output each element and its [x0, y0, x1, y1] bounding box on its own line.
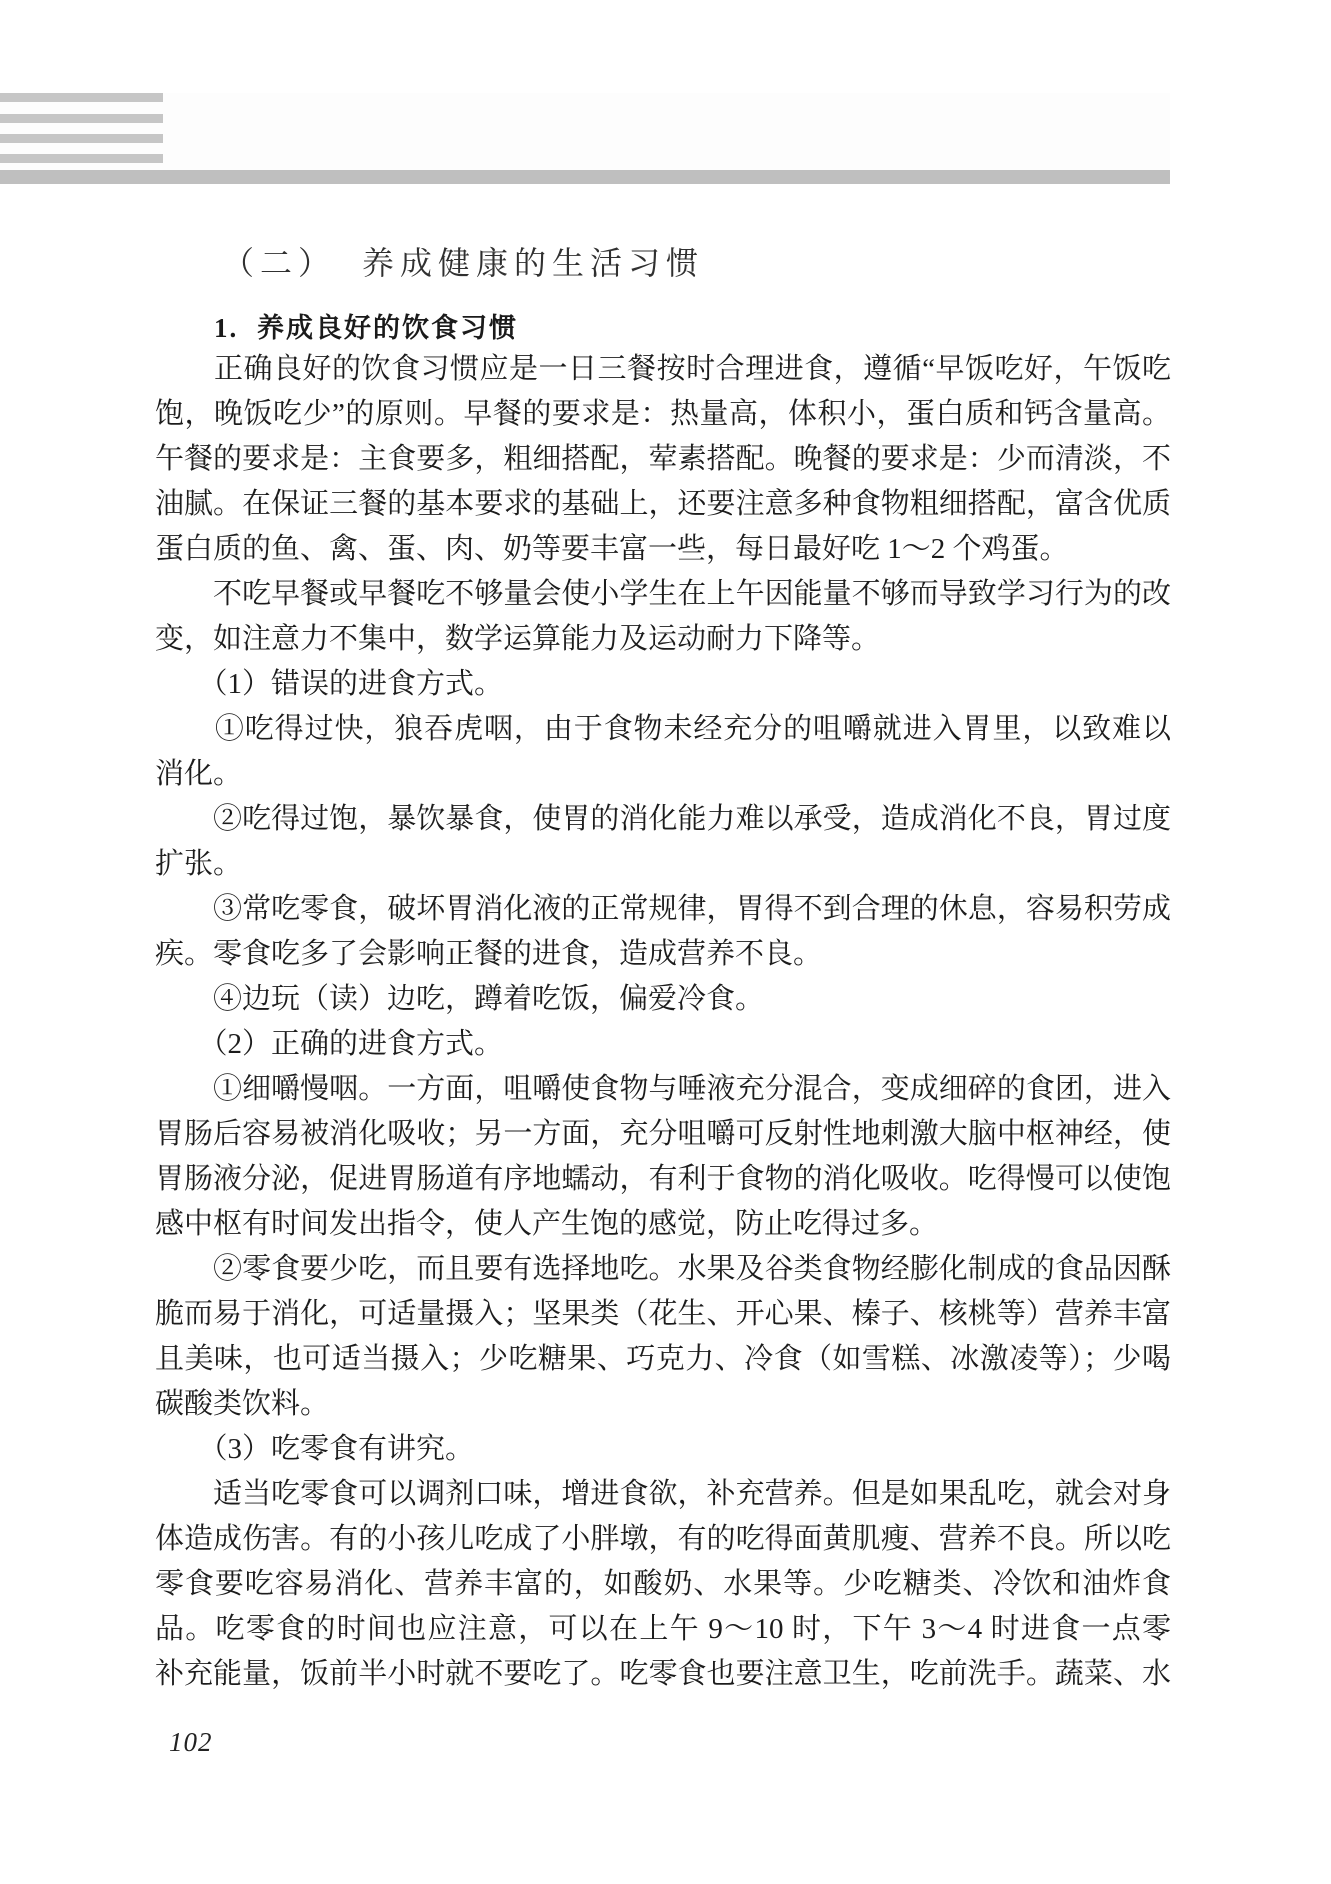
text-line: ④边玩（读）边吃，蹲着吃饭，偏爱冷食。: [155, 977, 1171, 1022]
subsection-heading: 1. 养成良好的饮食习惯: [214, 306, 518, 345]
text-line: 油腻。在保证三餐的基本要求的基础上，还要注意多种食物粗细搭配，富含优质: [155, 482, 1171, 527]
header-short-bar: [0, 114, 163, 123]
text-line: 适当吃零食可以调剂口味，增进食欲，补充营养。但是如果乱吃，就会对身: [155, 1472, 1171, 1517]
text-line: 消化。: [155, 752, 1171, 797]
text-line: 饱，晚饭吃少”的原则。早餐的要求是：热量高，体积小，蛋白质和钙含量高。: [155, 392, 1171, 437]
text-line: 且美味，也可适当摄入；少吃糖果、巧克力、冷食（如雪糕、冰激凌等）；少喝: [155, 1337, 1171, 1382]
text-line: 午餐的要求是：主食要多，粗细搭配，荤素搭配。晚餐的要求是：少而清淡，不: [155, 437, 1171, 482]
text-line: 脆而易于消化，可适量摄入；坚果类（花生、开心果、榛子、核桃等）营养丰富: [155, 1292, 1171, 1337]
text-line: 补充能量，饭前半小时就不要吃了。吃零食也要注意卫生，吃前洗手。蔬菜、水: [155, 1652, 1171, 1697]
book-page: （二） 养成健康的生活习惯 1. 养成良好的饮食习惯 正确良好的饮食习惯应是一日…: [0, 0, 1331, 1884]
text-line: ①细嚼慢咽。一方面，咀嚼使食物与唾液充分混合，变成细碎的食团，进入: [155, 1067, 1171, 1112]
text-line: ②零食要少吃，而且要有选择地吃。水果及谷类食物经膨化制成的食品因酥: [155, 1247, 1171, 1292]
section-heading: （二） 养成健康的生活习惯: [222, 238, 704, 284]
body-text: 正确良好的饮食习惯应是一日三餐按时合理进食，遵循“早饭吃好，午饭吃饱，晚饭吃少”…: [155, 347, 1171, 1697]
text-line: 体造成伤害。有的小孩儿吃成了小胖墩，有的吃得面黄肌瘦、营养不良。所以吃: [155, 1517, 1171, 1562]
text-line: 品。吃零食的时间也应注意，可以在上午 9～10 时，下午 3～4 时进食一点零食…: [155, 1607, 1171, 1652]
text-line: （1）错误的进食方式。: [155, 662, 1171, 707]
page-number: 102: [169, 1727, 213, 1758]
header-short-bar: [0, 93, 163, 102]
text-line: 感中枢有时间发出指令，使人产生饱的感觉，防止吃得过多。: [155, 1202, 1171, 1247]
text-line: 碳酸类饮料。: [155, 1382, 1171, 1427]
header-long-bar: [0, 170, 1170, 184]
text-line: 扩张。: [155, 842, 1171, 887]
text-line: ③常吃零食，破坏胃消化液的正常规律，胃得不到合理的休息，容易积劳成: [155, 887, 1171, 932]
header-short-bar: [0, 154, 163, 163]
text-line: 蛋白质的鱼、禽、蛋、肉、奶等要丰富一些，每日最好吃 1～2 个鸡蛋。: [155, 527, 1171, 572]
text-line: 胃肠后容易被消化吸收；另一方面，充分咀嚼可反射性地刺激大脑中枢神经，使: [155, 1112, 1171, 1157]
text-line: 零食要吃容易消化、营养丰富的，如酸奶、水果等。少吃糖类、冷饮和油炸食: [155, 1562, 1171, 1607]
header-short-bar: [0, 134, 163, 143]
text-line: （3）吃零食有讲究。: [155, 1427, 1171, 1472]
text-line: （2）正确的进食方式。: [155, 1022, 1171, 1067]
header-panel: [0, 93, 1170, 170]
text-line: 不吃早餐或早餐吃不够量会使小学生在上午因能量不够而导致学习行为的改: [155, 572, 1171, 617]
text-line: 胃肠液分泌，促进胃肠道有序地蠕动，有利于食物的消化吸收。吃得慢可以使饱: [155, 1157, 1171, 1202]
text-line: ②吃得过饱，暴饮暴食，使胃的消化能力难以承受，造成消化不良，胃过度: [155, 797, 1171, 842]
text-line: 疾。零食吃多了会影响正餐的进食，造成营养不良。: [155, 932, 1171, 977]
text-line: 正确良好的饮食习惯应是一日三餐按时合理进食，遵循“早饭吃好，午饭吃: [155, 347, 1171, 392]
text-line: 变，如注意力不集中，数学运算能力及运动耐力下降等。: [155, 617, 1171, 662]
text-line: ①吃得过快，狼吞虎咽，由于食物未经充分的咀嚼就进入胃里，以致难以: [155, 707, 1171, 752]
